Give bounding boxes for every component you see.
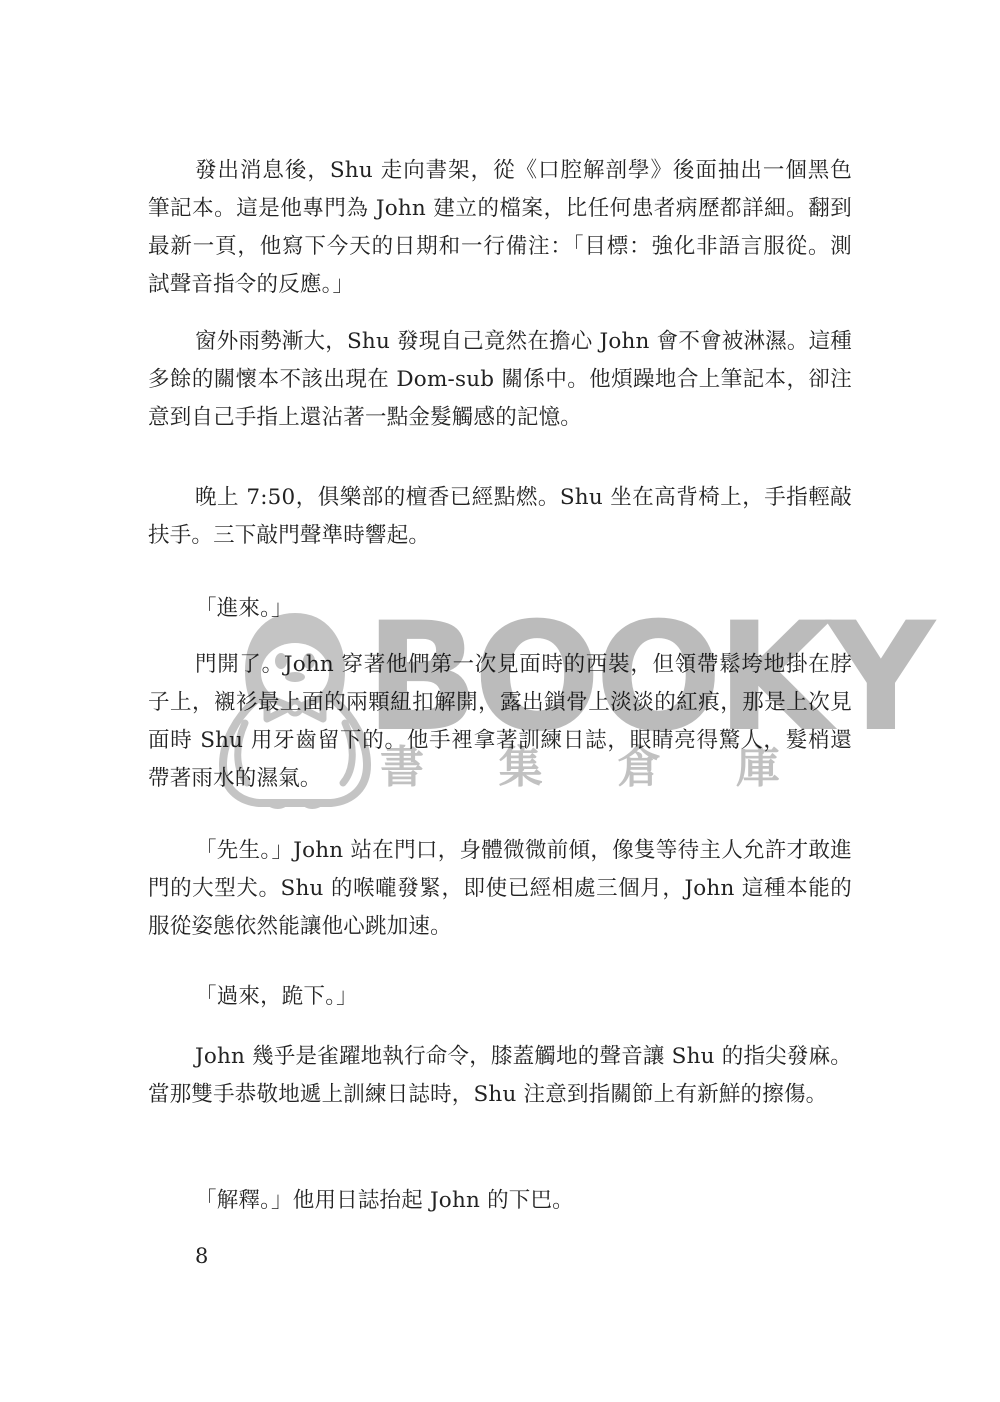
paragraph-text: 晚上 7:50，俱樂部的檀香已經點燃。Shu 坐在高背椅上，手指輕敲扶手。三下敲…: [148, 479, 852, 555]
paragraph-text: 門開了。John 穿著他們第一次見面時的西裝，但領帶鬆垮地掛在脖子上，襯衫最上面…: [148, 646, 852, 798]
paragraph-1: 發出消息後，Shu 走向書架，從《口腔解剖學》後面抽出一個黑色筆記本。這是他專門…: [148, 152, 852, 304]
paragraph-text: John 幾乎是雀躍地執行命令，膝蓋觸地的聲音讓 Shu 的指尖發麻。當那雙手恭…: [148, 1038, 852, 1114]
paragraph-text: 「先生。」John 站在門口，身體微微前傾，像隻等待主人允許才敢進門的大型犬。S…: [148, 832, 852, 946]
paragraph-4: 「進來。」: [148, 590, 852, 628]
paragraph-text: 發出消息後，Shu 走向書架，從《口腔解剖學》後面抽出一個黑色筆記本。這是他專門…: [148, 152, 852, 304]
paragraph-7: 「過來，跪下。」: [148, 978, 852, 1016]
paragraph-5: 門開了。John 穿著他們第一次見面時的西裝，但領帶鬆垮地掛在脖子上，襯衫最上面…: [148, 646, 852, 798]
paragraph-text: 「過來，跪下。」: [148, 978, 852, 1016]
paragraph-8: John 幾乎是雀躍地執行命令，膝蓋觸地的聲音讓 Shu 的指尖發麻。當那雙手恭…: [148, 1038, 852, 1114]
document-page: 發出消息後，Shu 走向書架，從《口腔解剖學》後面抽出一個黑色筆記本。這是他專門…: [0, 0, 1000, 1402]
paragraph-9: 「解釋。」他用日誌抬起 John 的下巴。: [148, 1182, 852, 1220]
paragraph-text: 「進來。」: [148, 590, 852, 628]
page-number: 8: [195, 1244, 208, 1268]
paragraph-6: 「先生。」John 站在門口，身體微微前傾，像隻等待主人允許才敢進門的大型犬。S…: [148, 832, 852, 946]
paragraph-2: 窗外雨勢漸大，Shu 發現自己竟然在擔心 John 會不會被淋濕。這種多餘的關懷…: [148, 323, 852, 437]
paragraph-3: 晚上 7:50，俱樂部的檀香已經點燃。Shu 坐在高背椅上，手指輕敲扶手。三下敲…: [148, 479, 852, 555]
paragraph-text: 「解釋。」他用日誌抬起 John 的下巴。: [148, 1182, 852, 1220]
paragraph-text: 窗外雨勢漸大，Shu 發現自己竟然在擔心 John 會不會被淋濕。這種多餘的關懷…: [148, 323, 852, 437]
